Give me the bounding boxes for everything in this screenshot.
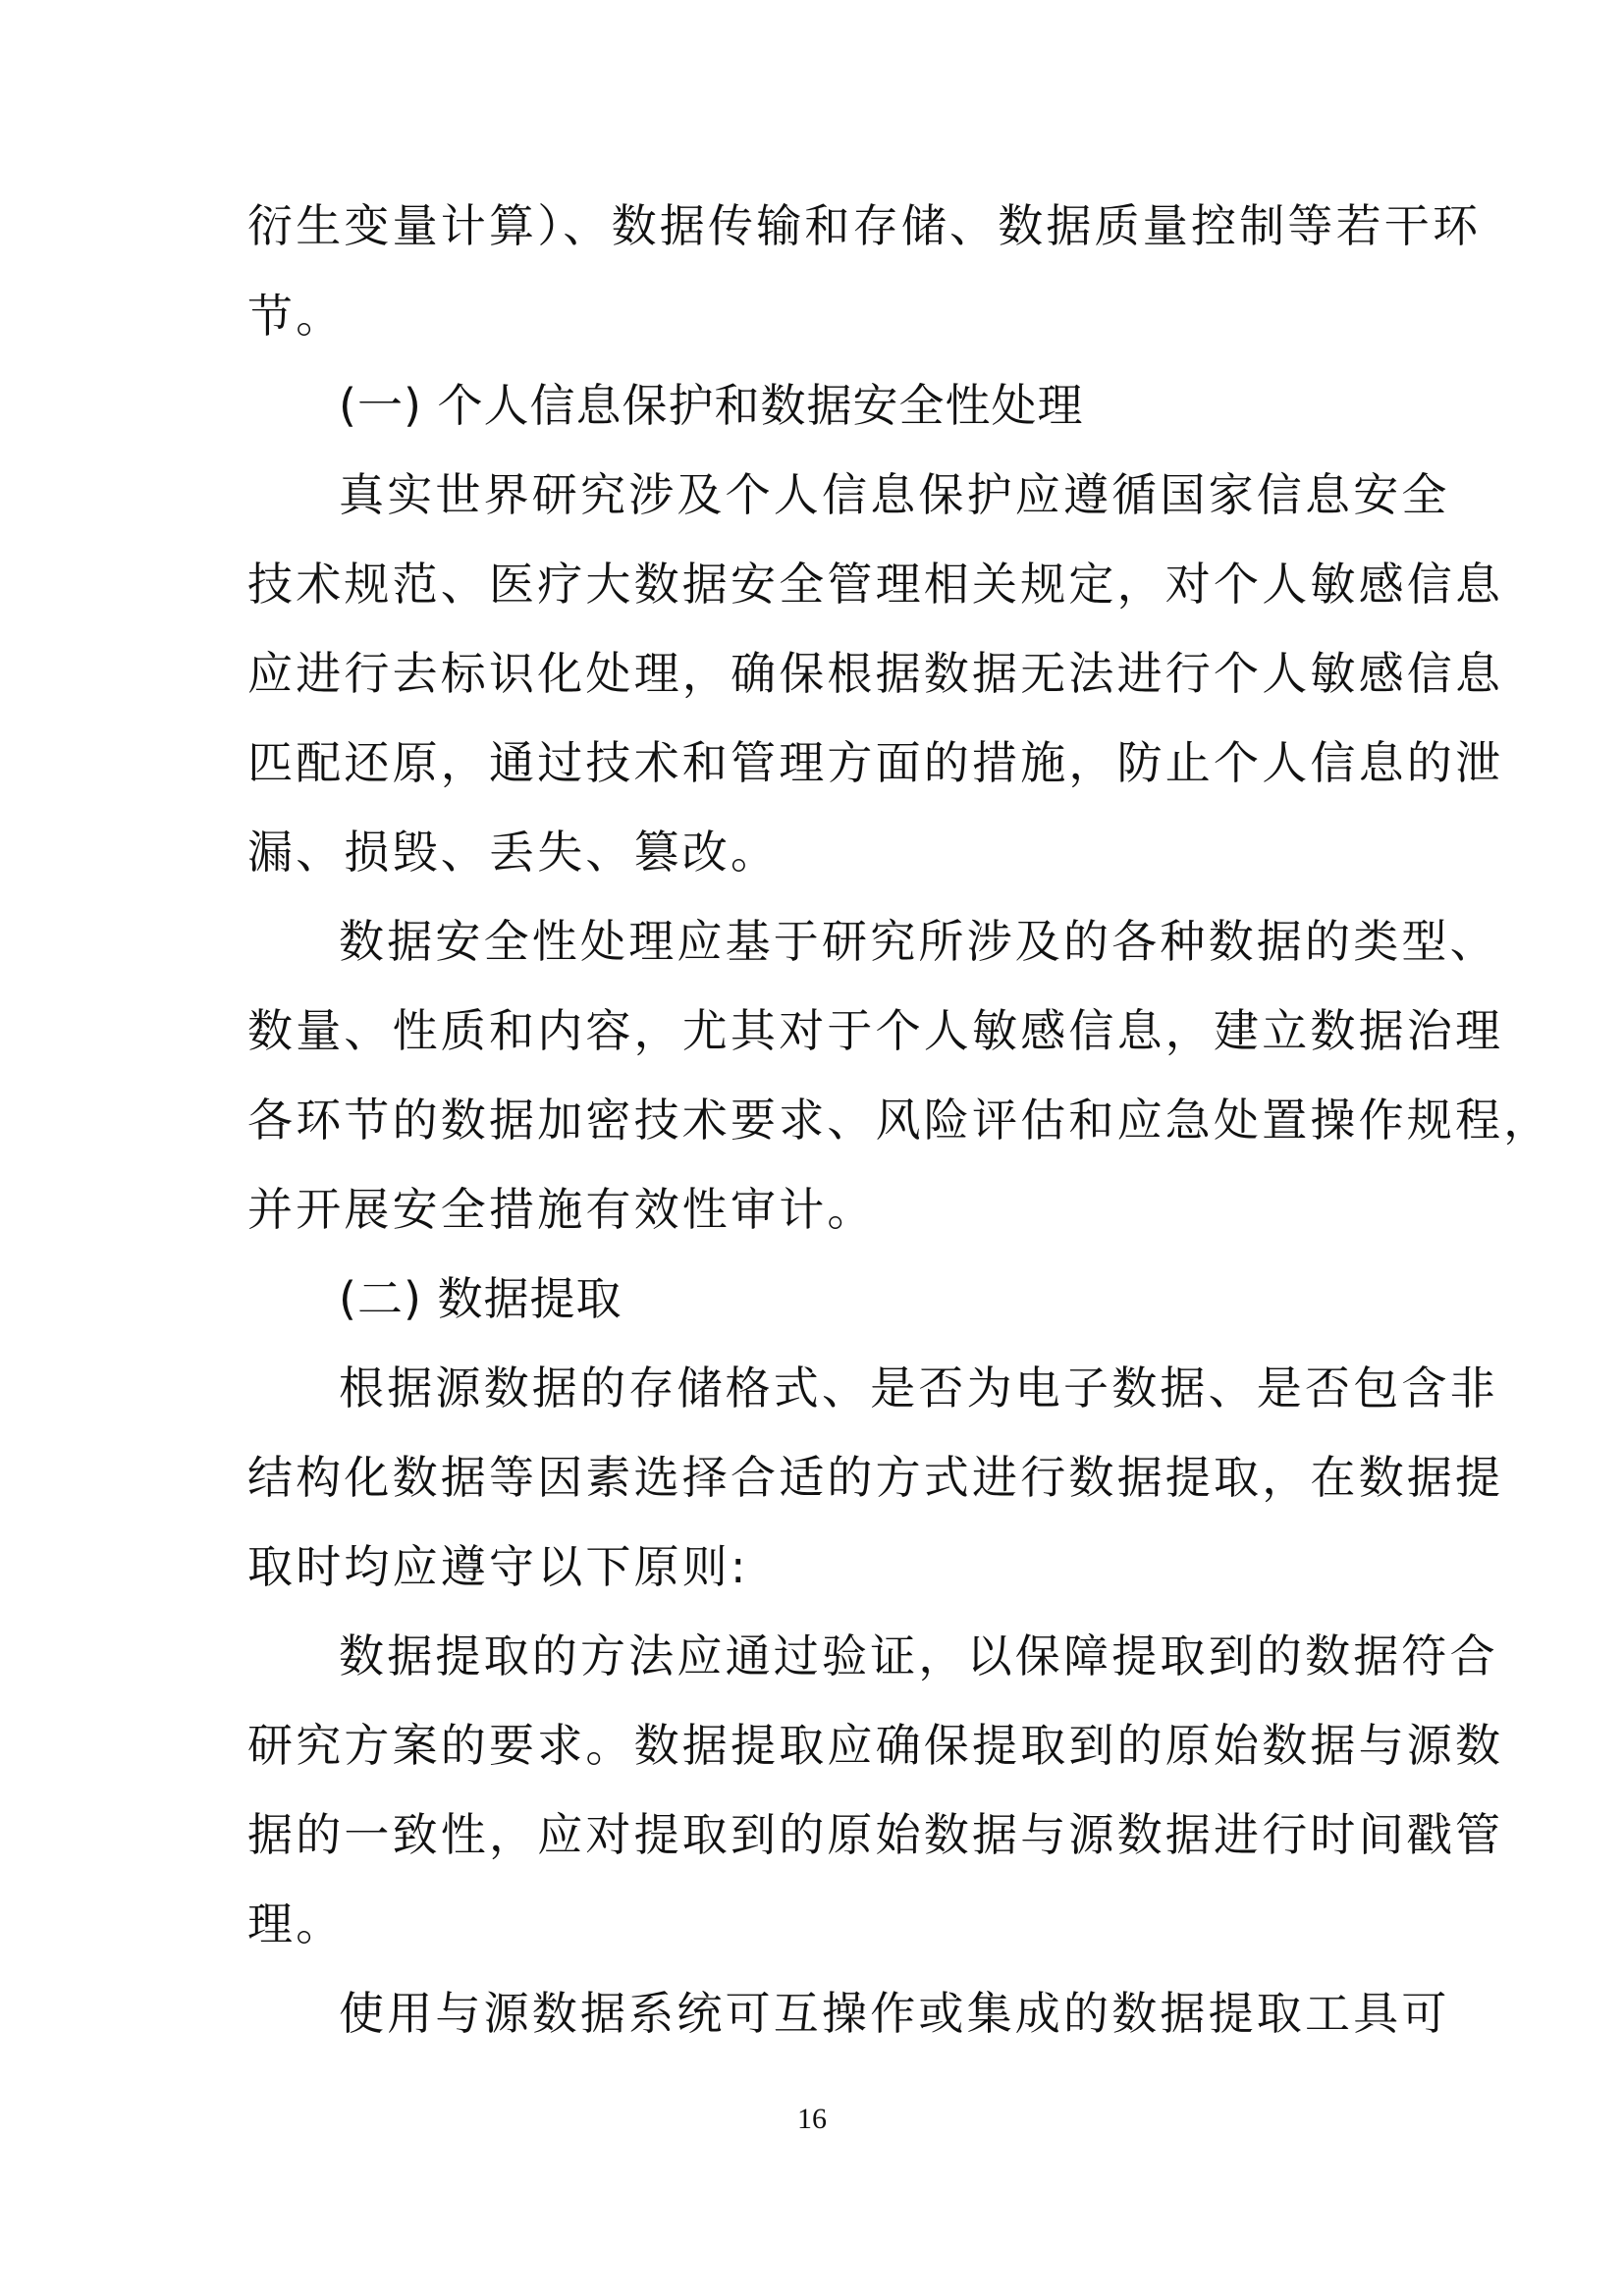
paragraph-line: 应进行去标识化处理，确保根据数据无法进行个人敏感信息 — [247, 644, 1503, 703]
paragraph-line: 取时均应遵守以下原则: — [247, 1537, 749, 1596]
paragraph-line: 理。 — [247, 1895, 344, 1953]
paragraph-line: 真实世界研究涉及个人信息保护应遵循国家信息安全 — [339, 465, 1450, 524]
paragraph-line: 结构化数据等因素选择合适的方式进行数据提取，在数据提 — [247, 1448, 1503, 1507]
paragraph-line: 使用与源数据系统可互操作或集成的数据提取工具可 — [339, 1984, 1450, 2043]
section-heading-2: (二) 数据提取 — [339, 1269, 623, 1328]
paragraph-line: 数据安全性处理应基于研究所涉及的各种数据的类型、 — [339, 912, 1498, 971]
page-number: 16 — [0, 2103, 1624, 2136]
paragraph-line: 据的一致性，应对提取到的原始数据与源数据进行时间戳管 — [247, 1805, 1503, 1864]
paragraph-line: 并开展安全措施有效性审计。 — [247, 1180, 876, 1239]
document-page: 衍生变量计算）、数据传输和存储、数据质量控制等若干环 节。 (一) 个人信息保护… — [0, 0, 1624, 2296]
paragraph-line: 衍生变量计算）、数据传输和存储、数据质量控制等若干环 — [247, 196, 1481, 255]
paragraph-line: 技术规范、医疗大数据安全管理相关规定，对个人敏感信息 — [247, 555, 1503, 614]
paragraph-line: 数据提取的方法应通过验证，以保障提取到的数据符合 — [339, 1627, 1498, 1685]
section-heading-1: (一) 个人信息保护和数据安全性处理 — [339, 376, 1084, 435]
paragraph-line: 数量、性质和内容，尤其对于个人敏感信息，建立数据治理 — [247, 1001, 1503, 1060]
paragraph-line: 各环节的数据加密技术要求、风险评估和应急处置操作规程， — [247, 1091, 1551, 1149]
paragraph-line: 漏、损毁、丢失、篡改。 — [247, 823, 779, 881]
paragraph-line: 研究方案的要求。数据提取应确保提取到的原始数据与源数 — [247, 1716, 1503, 1775]
paragraph-line: 匹配还原，通过技术和管理方面的措施，防止个人信息的泄 — [247, 733, 1503, 792]
paragraph-line: 节。 — [247, 287, 344, 346]
paragraph-line: 根据源数据的存储格式、是否为电子数据、是否包含非 — [339, 1359, 1498, 1417]
